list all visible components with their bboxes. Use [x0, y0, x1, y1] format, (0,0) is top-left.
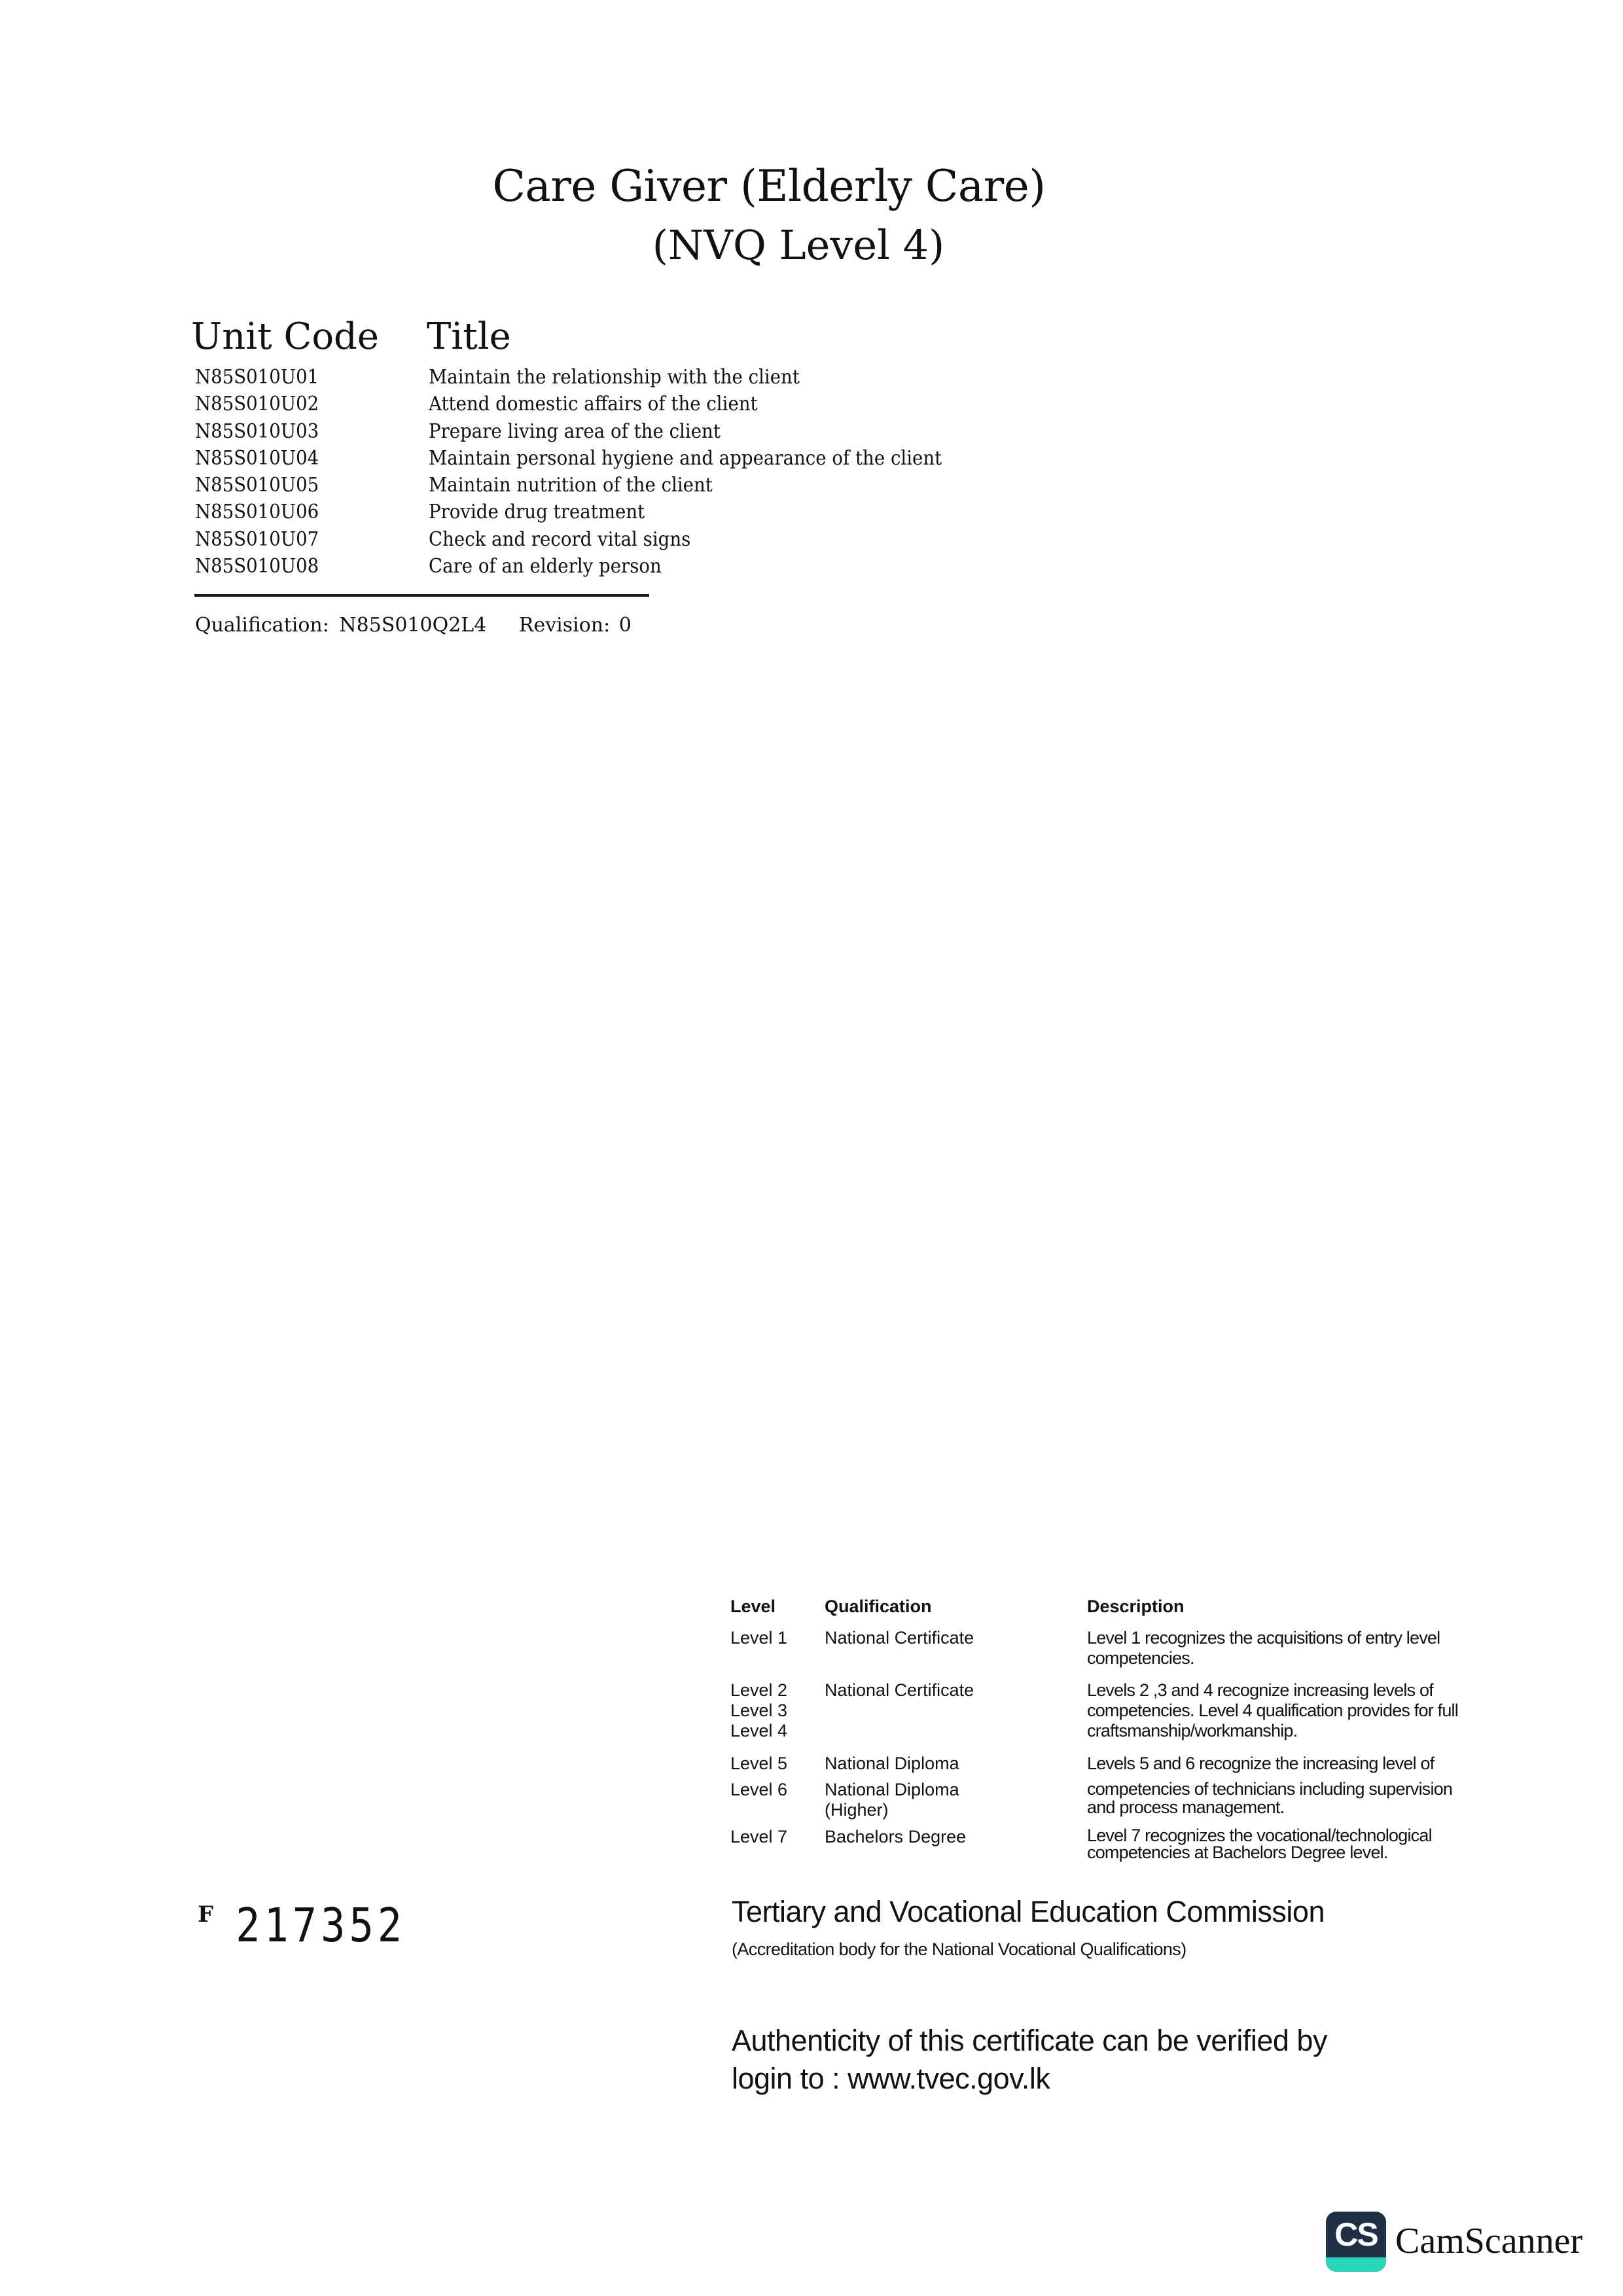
logo-badge-text: CS — [1326, 2216, 1386, 2253]
logo-accent-stripe — [1326, 2257, 1386, 2272]
unit-code: N85S010U07 — [195, 526, 319, 553]
qualification-label: Qualification: — [195, 614, 329, 637]
description-text: competencies. — [1087, 1648, 1539, 1669]
unit-title: Maintain the relationship with the clien… — [429, 364, 800, 391]
verification-note: Authenticity of this certificate can be … — [732, 2022, 1327, 2098]
description-text: competencies. Level 4 qualification prov… — [1087, 1701, 1539, 1721]
description-text: Levels 2 ,3 and 4 recognize increasing l… — [1087, 1680, 1539, 1701]
qualification-line: Qualification: N85S010Q2L4 Revision: 0 — [195, 614, 632, 637]
levels-table-row: Level 7 Bachelors Degree Level 7 recogni… — [730, 1827, 1535, 1873]
verification-line: Authenticity of this certificate can be … — [732, 2022, 1327, 2060]
levels-table-row: Level 5 National Diploma Levels 5 and 6 … — [730, 1754, 1535, 1780]
unit-title: Prepare living area of the client — [429, 418, 721, 445]
levels-table-header: Level Qualification Description — [730, 1597, 1535, 1628]
unit-code: N85S010U04 — [195, 445, 319, 472]
level-label: Level 7 — [730, 1827, 822, 1847]
qualification-name: National Diploma — [825, 1780, 1080, 1800]
level-label: Level 6 — [730, 1780, 822, 1800]
qualification-name: (Higher) — [825, 1800, 1080, 1820]
divider-rule — [194, 594, 649, 597]
unit-code: N85S010U05 — [195, 472, 319, 499]
verification-url-line: login to : www.tvec.gov.lk — [732, 2060, 1327, 2098]
level-label: Level 2 — [730, 1680, 822, 1701]
revision-label: Revision: — [519, 614, 610, 637]
certificate-serial-number: F217352 — [198, 1901, 406, 1949]
levels-table-row: Level 1 National Certificate Level 1 rec… — [730, 1628, 1535, 1680]
description-text: Level 1 recognizes the acquisitions of e… — [1087, 1628, 1539, 1648]
level-label: Level 3 — [730, 1701, 822, 1721]
description-text: craftsmanship/workmanship. — [1087, 1721, 1539, 1741]
unit-code: N85S010U03 — [195, 418, 319, 445]
nvq-level: (NVQ Level 4) — [0, 216, 1610, 275]
unit-code: N85S010U01 — [195, 364, 319, 391]
unit-title: Maintain personal hygiene and appearance… — [429, 445, 942, 472]
certificate-header: Care Giver (Elderly Care) (NVQ Level 4) — [0, 157, 1623, 275]
serial-number: 217352 — [236, 1898, 406, 1953]
qualification-title: Care Giver (Elderly Care) — [0, 157, 1580, 216]
unit-title: Check and record vital signs — [429, 526, 690, 553]
description-text: Level 7 recognizes the vocational/techno… — [1087, 1827, 1539, 1844]
level-label: Level 5 — [730, 1754, 822, 1774]
serial-prefix: F — [198, 1901, 213, 1928]
unit-title: Attend domestic affairs of the client — [429, 391, 758, 417]
level-label: Level 4 — [730, 1721, 822, 1741]
unit-title: Care of an elderly person — [429, 553, 662, 580]
unit-title: Provide drug treatment — [429, 499, 645, 525]
level-col-header: Level — [730, 1597, 822, 1617]
description-text: competencies of technicians including su… — [1087, 1780, 1539, 1798]
unit-code-header: Unit Code — [191, 315, 379, 358]
unit-code: N85S010U02 — [195, 391, 319, 417]
qualification-name: National Diploma — [825, 1754, 1080, 1774]
description-text: competencies at Bachelors Degree level. — [1087, 1844, 1539, 1861]
nvq-levels-table: Level Qualification Description Level 1 … — [730, 1597, 1535, 1873]
description-text: Levels 5 and 6 recognize the increasing … — [1087, 1754, 1539, 1774]
unit-title: Maintain nutrition of the client — [429, 472, 713, 499]
qualification-name: National Certificate — [825, 1680, 1080, 1701]
camscanner-logo-icon: CS — [1326, 2212, 1386, 2272]
qualification-name: National Certificate — [825, 1628, 1080, 1648]
description-text: and process management. — [1087, 1798, 1539, 1816]
levels-table-row: Level 6 National Diploma (Higher) compet… — [730, 1780, 1535, 1827]
camscanner-watermark: CamScanner — [1395, 2220, 1582, 2262]
unit-code: N85S010U08 — [195, 553, 319, 580]
revision-value: 0 — [619, 614, 632, 637]
qualification-code: N85S010Q2L4 — [339, 614, 486, 637]
issuer-name: Tertiary and Vocational Education Commis… — [732, 1895, 1325, 1929]
unit-code: N85S010U06 — [195, 499, 319, 525]
qualification-col-header: Qualification — [825, 1597, 1080, 1617]
unit-title-header: Title — [427, 315, 511, 358]
levels-table-row: Level 2 Level 3 Level 4 National Certifi… — [730, 1680, 1535, 1754]
level-label: Level 1 — [730, 1628, 822, 1648]
issuer-subtitle: (Accreditation body for the National Voc… — [732, 1939, 1186, 1960]
qualification-name: Bachelors Degree — [825, 1827, 1080, 1847]
description-col-header: Description — [1087, 1597, 1539, 1617]
